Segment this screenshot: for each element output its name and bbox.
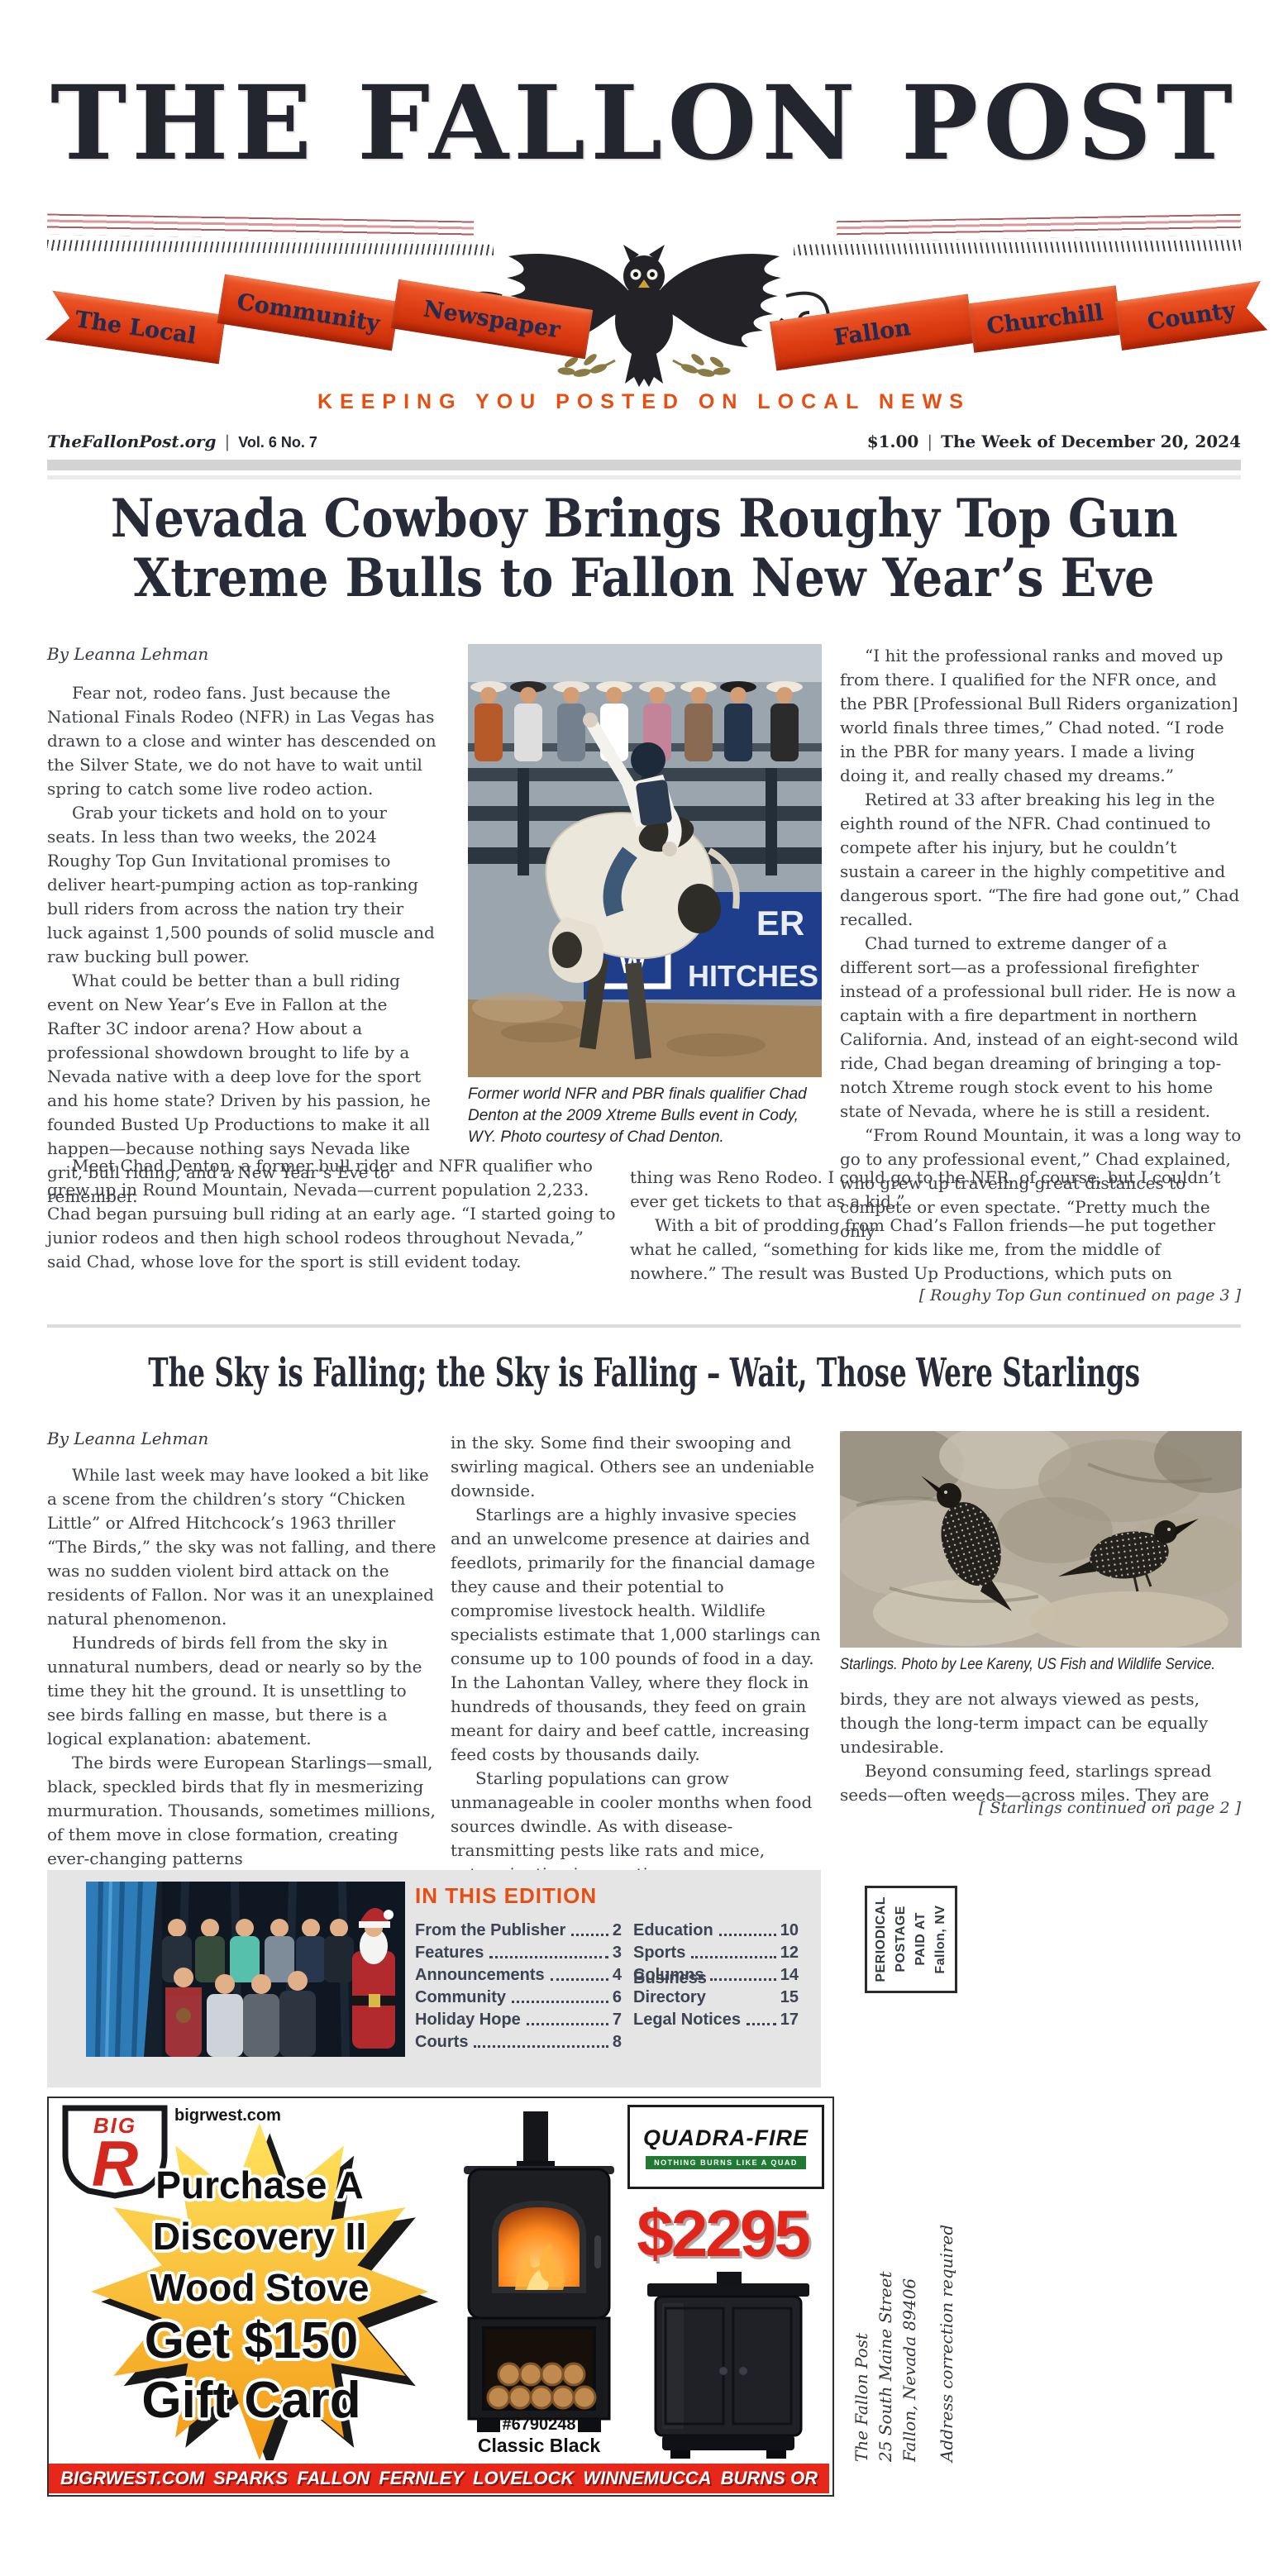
toc-page: 14 bbox=[780, 1966, 799, 1985]
postal-line: POSTAGE bbox=[891, 1896, 911, 1982]
ribbon-label: Fallon bbox=[832, 314, 913, 351]
mailing-address: The Fallon Post 25 South Maine Street Fa… bbox=[850, 2272, 959, 2462]
ribbon-label: Churchill bbox=[985, 299, 1105, 339]
toc-column-right: Education10 Sports12 Columns14 Business … bbox=[633, 1918, 799, 2030]
toc-label: Education bbox=[633, 1921, 713, 1940]
site-url: TheFallonPost.org bbox=[47, 432, 216, 451]
paragraph: The birds were European Starlings—small,… bbox=[47, 1751, 437, 1871]
toc-page: 4 bbox=[613, 1966, 622, 1985]
toc-item: Courts8 bbox=[415, 2030, 622, 2052]
paragraph: Chad turned to extreme danger of a diffe… bbox=[840, 932, 1242, 1123]
paragraph: With a bit of prodding from Chad’s Fallo… bbox=[630, 1214, 1242, 1286]
toc-page: 12 bbox=[780, 1944, 799, 1963]
ribbon-label: County bbox=[1146, 297, 1237, 335]
article1-photo-caption: Former world NFR and PBR finals qualifie… bbox=[468, 1084, 822, 1148]
info-bar: TheFallonPost.org|Vol. 6 No. 7 $1.00|The… bbox=[47, 432, 1241, 451]
paragraph: Fear not, rodeo fans. Just because the N… bbox=[47, 681, 437, 801]
mailing-line: 25 South Maine Street bbox=[874, 2272, 898, 2462]
paragraph: Hundreds of birds fell from the sky in u… bbox=[47, 1631, 437, 1751]
dot-leader bbox=[474, 2045, 608, 2048]
article1-headline: Nevada Cowboy Brings Roughy Top Gun Xtre… bbox=[0, 489, 1288, 608]
big-r-advertisement: BIG R bigrwest.com Purchase A Discovery … bbox=[47, 2097, 834, 2497]
separator: | bbox=[927, 432, 933, 451]
headline-line: Nevada Cowboy Brings Roughy Top Gun bbox=[110, 489, 1177, 549]
laurel-right-icon bbox=[673, 353, 730, 378]
paragraph: Starlings are a highly invasive species … bbox=[451, 1503, 827, 1767]
dot-leader bbox=[747, 2023, 776, 2025]
paragraph: “I hit the professional ranks and moved … bbox=[840, 644, 1242, 788]
dot-leader bbox=[571, 1934, 608, 1936]
ad-location: SPARKS bbox=[213, 2468, 288, 2489]
mailing-line: Fallon, Nevada 89406 bbox=[898, 2272, 922, 2462]
ad-offer-line1: Get $150 bbox=[65, 2311, 437, 2370]
ad-burst-line2: Discovery II bbox=[74, 2214, 446, 2259]
article2-photo bbox=[840, 1431, 1242, 1648]
article1-photo: B& W ER HITCHES bbox=[468, 644, 822, 1077]
ad-location: WINNEMUCCA bbox=[583, 2468, 711, 2489]
toc-page: 3 bbox=[613, 1944, 622, 1963]
caption-text: Starlings. Photo by Lee Kareny, US Fish … bbox=[840, 1654, 1215, 1676]
ribbon-the-local: The Local bbox=[45, 291, 226, 365]
article1-column-right: “I hit the professional ranks and moved … bbox=[840, 644, 1242, 1243]
masthead-title-text: THE FALLON POST bbox=[50, 73, 1238, 175]
paragraph: While last week may have looked a bit li… bbox=[47, 1463, 437, 1631]
toc-label: Business Directory bbox=[633, 1969, 770, 2007]
masthead-tagline: KEEPING YOU POSTED ON LOCAL NEWS bbox=[0, 390, 1288, 414]
toc-item: Announcements4 bbox=[415, 1963, 622, 1985]
dot-leader bbox=[551, 1978, 608, 1981]
toc-page: 17 bbox=[780, 2011, 799, 2030]
toc-item: Community6 bbox=[415, 1985, 622, 2007]
ribbon-label: The Local bbox=[74, 306, 198, 348]
headline-line: Xtreme Bulls to Fallon New Year’s Eve bbox=[133, 549, 1154, 608]
toc-item: Education10 bbox=[633, 1918, 799, 1940]
toc-page: 8 bbox=[613, 2033, 622, 2052]
headline-line: The Sky is Falling; the Sky is Falling –… bbox=[148, 1351, 1140, 1395]
ad-location: BIGRWEST.COM bbox=[60, 2468, 204, 2489]
toc-item: From the Publisher2 bbox=[415, 1918, 622, 1940]
issue-week: The Week of December 20, 2024 bbox=[941, 432, 1241, 451]
starlings-photo-illustration bbox=[840, 1431, 1242, 1648]
ad-location: LOVELOCK bbox=[473, 2468, 574, 2489]
ad-location: FERNLEY bbox=[379, 2468, 464, 2489]
dot-leader bbox=[719, 1934, 776, 1936]
masthead-title: THE FALLON POST bbox=[0, 73, 1288, 175]
toc-label: Courts bbox=[415, 2033, 468, 2052]
address-correction-note: Address correction required bbox=[935, 2272, 959, 2462]
section-divider bbox=[47, 1324, 1241, 1328]
ad-burst-line1: Purchase A bbox=[74, 2163, 446, 2207]
toc-label: Legal Notices bbox=[633, 2011, 741, 2030]
article2-photo-caption: Starlings. Photo by Lee Kareny, US Fish … bbox=[840, 1654, 1242, 1676]
wood-stove-photo-illustration bbox=[447, 2111, 631, 2442]
toc-page: 15 bbox=[780, 1988, 799, 2007]
toc-page: 6 bbox=[613, 1988, 622, 2007]
ad-sku: #6790248 bbox=[447, 2416, 631, 2435]
paragraph: Meet Chad Denton, a former bull rider an… bbox=[47, 1154, 618, 1274]
toc-item: Holiday Hope7 bbox=[415, 2007, 622, 2030]
dot-leader bbox=[512, 2001, 608, 2003]
toc-title: IN THIS EDITION bbox=[415, 1883, 597, 1909]
dot-leader bbox=[489, 1956, 608, 1958]
article2-continued-note: [ Starlings continued on page 2 ] bbox=[840, 1799, 1241, 1817]
toc-column-left: From the Publisher2 Features3 Announceme… bbox=[415, 1918, 622, 2052]
toc-item: Sports12 bbox=[633, 1940, 799, 1963]
toc-page: 7 bbox=[613, 2011, 622, 2030]
divider-bar-thick bbox=[47, 460, 1241, 470]
toc-item: Features3 bbox=[415, 1940, 622, 1963]
ad-location: BURNS OR bbox=[721, 2468, 818, 2489]
toc-item: Business Directory15 bbox=[633, 1985, 799, 2007]
toc-page: 2 bbox=[613, 1921, 622, 1940]
article2-byline: By Leanna Lehman bbox=[47, 1429, 208, 1448]
paragraph: thing was Reno Rodeo. I could go to the … bbox=[630, 1166, 1242, 1214]
ad-sku-block: #6790248 Classic Black bbox=[447, 2416, 631, 2457]
article1-bottom-right: thing was Reno Rodeo. I could go to the … bbox=[630, 1166, 1242, 1286]
toc-label: Holiday Hope bbox=[415, 2011, 521, 2030]
dot-leader bbox=[527, 2023, 608, 2025]
paragraph: Grab your tickets and hold on to your se… bbox=[47, 801, 437, 969]
photo-sign-text: HITCHES bbox=[688, 959, 818, 993]
article2-column-3: birds, they are not always viewed as pes… bbox=[840, 1687, 1242, 1807]
paragraph: birds, they are not always viewed as pes… bbox=[840, 1687, 1242, 1759]
article1-continued-note: [ Roughy Top Gun continued on page 3 ] bbox=[630, 1286, 1241, 1305]
toc-label: Features bbox=[415, 1944, 484, 1963]
laurel-left-icon bbox=[558, 353, 615, 378]
postal-permit-text: PERIODICAL POSTAGE PAID AT Fallon, NV bbox=[871, 1896, 951, 1982]
ribbon-label: Newspaper bbox=[422, 296, 562, 343]
paragraph: Retired at 33 after breaking his leg in … bbox=[840, 788, 1242, 932]
separator: | bbox=[224, 432, 230, 451]
photo-sign-text: ER bbox=[756, 904, 804, 942]
bull-riding-photo-illustration: B& W ER HITCHES bbox=[468, 644, 822, 1077]
ribbon-county: County bbox=[1115, 281, 1268, 351]
toc-label: Announcements bbox=[415, 1966, 545, 1985]
ad-price: $2295 bbox=[619, 2196, 826, 2272]
price: $1.00 bbox=[867, 432, 919, 451]
group-photo-illustration bbox=[86, 1882, 405, 2057]
divider-bar-thin bbox=[47, 475, 1241, 479]
article1-byline: By Leanna Lehman bbox=[47, 644, 208, 664]
mailing-line: The Fallon Post bbox=[850, 2272, 874, 2462]
newspaper-front-page: THE FALLON POST bbox=[0, 0, 1288, 2576]
toc-label: Community bbox=[415, 1988, 506, 2007]
quadra-fire-logo: QUADRA-FIRE NOTHING BURNS LIKE A QUAD bbox=[627, 2105, 824, 2189]
second-stove-illustration bbox=[637, 2272, 819, 2460]
ad-burst-line3: Wood Stove bbox=[74, 2265, 446, 2310]
ad-offer-line2: Gift Card bbox=[65, 2371, 437, 2430]
postal-line: Fallon, NV bbox=[931, 1896, 951, 1982]
info-left: TheFallonPost.org|Vol. 6 No. 7 bbox=[47, 432, 317, 451]
deco-hatch-left bbox=[47, 240, 494, 255]
dot-leader bbox=[691, 1956, 775, 1958]
ribbon-community: Community bbox=[217, 274, 400, 351]
ad-model: Classic Black bbox=[447, 2435, 631, 2457]
article2-column-2: in the sky. Some find their swooping and… bbox=[451, 1431, 827, 1911]
postal-permit-box: PERIODICAL POSTAGE PAID AT Fallon, NV bbox=[865, 1886, 957, 1993]
ad-location: FALLON bbox=[297, 2468, 370, 2489]
deco-stripes-left bbox=[47, 213, 474, 241]
postal-line: PAID AT bbox=[911, 1896, 931, 1982]
deco-stripes-right bbox=[837, 214, 1241, 242]
ad-locations-bar: BIGRWEST.COM SPARKS FALLON FERNLEY LOVEL… bbox=[49, 2464, 829, 2493]
article2-headline: The Sky is Falling; the Sky is Falling –… bbox=[0, 1351, 1288, 1395]
toc-label: From the Publisher bbox=[415, 1921, 565, 1940]
brand-name: QUADRA-FIRE bbox=[643, 2125, 809, 2151]
toc-label: Sports bbox=[633, 1944, 685, 1963]
deco-hatch-right bbox=[794, 240, 1241, 255]
ribbon-churchill: Churchill bbox=[968, 285, 1122, 352]
article2-column-1: While last week may have looked a bit li… bbox=[47, 1463, 437, 1871]
info-right: $1.00|The Week of December 20, 2024 bbox=[867, 432, 1241, 451]
article1-column-left: Fear not, rodeo fans. Just because the N… bbox=[47, 681, 437, 1209]
brand-tagline: NOTHING BURNS LIKE A QUAD bbox=[646, 2156, 806, 2169]
volume-number: Vol. 6 No. 7 bbox=[238, 434, 317, 451]
toc-item: Legal Notices17 bbox=[633, 2007, 799, 2030]
postal-line: PERIODICAL bbox=[871, 1896, 891, 1982]
article1-bottom-left: Meet Chad Denton, a former bull rider an… bbox=[47, 1154, 618, 1274]
ribbon-label: Community bbox=[235, 289, 381, 336]
toc-page: 10 bbox=[780, 1921, 799, 1940]
paragraph: in the sky. Some find their swooping and… bbox=[451, 1431, 827, 1503]
